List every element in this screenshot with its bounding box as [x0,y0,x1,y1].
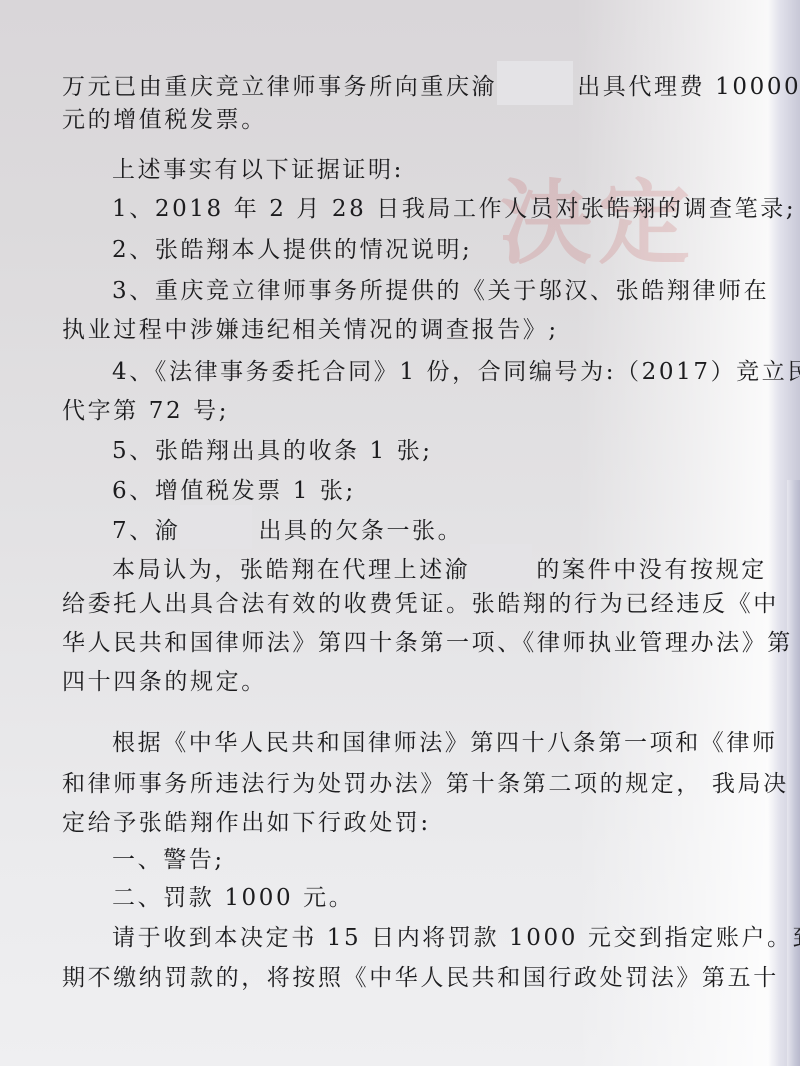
evidence-number: 6、 [112,478,155,504]
paper-edge [787,480,800,1066]
finding-line-1: 本局认为，张皓翔在代理上述渝的案件中没有按规定 [112,551,767,581]
redaction-box [497,61,573,105]
finding-text-before-redaction: 本局认为，张皓翔在代理上述渝 [112,555,470,585]
evidence-item-2: 2、张皓翔本人提供的情况说明; [112,235,472,265]
fact-text-before-redaction: 万元已由重庆竞立律师事务所向重庆渝 [62,72,497,102]
redaction-box [470,544,532,588]
evidence-text-after-redaction: 出具的欠条一张。 [258,516,463,546]
evidence-item-4-continuation: 代字第 72 号; [62,396,229,426]
payment-line-1: 请于收到本决定书 15 日内将罚款 1000 元交到指定账户。到 [112,923,800,953]
finding-text-after-redaction: 的案件中没有按规定 [536,555,766,585]
decision-line-2: 和律师事务所违法行为处罚办法》第十条第二项的规定， 我局决 [62,769,789,799]
fact-line-2: 元的增值税发票。 [62,105,267,135]
evidence-number: 7、 [112,516,155,546]
penalty-item-2: 二、罚款 1000 元。 [112,883,354,913]
evidence-item-7: 7、渝出具的欠条一张。 [112,512,463,542]
fact-text-after-redaction: 出具代理费 10000 [577,72,800,102]
evidence-text: 《法律事务委托合同》1 份，合同编号为:（2017）竞立民 [155,359,800,385]
finding-line-4: 四十四条的规定。 [62,667,267,697]
penalty-item-1: 一、警告; [112,845,225,875]
evidence-intro: 上述事实有以下证据证明: [112,155,404,185]
evidence-number: 3、 [112,278,155,304]
evidence-item-3: 3、重庆竞立律师事务所提供的《关于邬汉、张皓翔律师在 [112,276,769,306]
decision-line-3: 定给予张皓翔作出如下行政处罚: [62,808,431,838]
redaction-box [180,505,252,549]
evidence-item-3-continuation: 执业过程中涉嫌违纪相关情况的调查报告》; [62,315,559,345]
evidence-item-4: 4、《法律事务委托合同》1 份，合同编号为:（2017）竞立民 [112,357,800,387]
evidence-text: 重庆竞立律师事务所提供的《关于邬汉、张皓翔律师在 [155,278,769,304]
evidence-text: 增值税发票 1 张; [155,478,356,504]
evidence-text: 2018 年 2 月 28 日我局工作人员对张皓翔的调查笔录; [155,196,796,222]
evidence-text: 张皓翔出具的收条 1 张; [155,438,433,464]
evidence-item-1: 1、2018 年 2 月 28 日我局工作人员对张皓翔的调查笔录; [112,194,796,224]
penalty-text: 警告; [163,847,225,873]
finding-line-3: 华人民共和国律师法》第四十条第一项、《律师执业管理办法》第 [62,628,793,658]
finding-line-2: 给委托人出具合法有效的收费凭证。张皓翔的行为已经违反《中 [62,589,779,619]
decision-line-1: 根据《中华人民共和国律师法》第四十八条第一项和《律师 [112,728,778,758]
penalty-number: 二、 [112,885,163,911]
payment-line-2: 期不缴纳罚款的，将按照《中华人民共和国行政处罚法》第五十 [62,963,779,993]
evidence-item-6: 6、增值税发票 1 张; [112,476,356,506]
evidence-number: 5、 [112,438,155,464]
evidence-text: 张皓翔本人提供的情况说明; [155,237,473,263]
penalty-text: 罚款 1000 元。 [163,885,354,911]
evidence-item-5: 5、张皓翔出具的收条 1 张; [112,436,433,466]
evidence-number: 4、 [112,359,155,385]
fact-line-1: 万元已由重庆竞立律师事务所向重庆渝出具代理费 10000 [62,68,800,98]
evidence-number: 2、 [112,237,155,263]
evidence-text-before-redaction: 渝 [155,516,181,546]
penalty-number: 一、 [112,847,163,873]
evidence-number: 1、 [112,196,155,222]
